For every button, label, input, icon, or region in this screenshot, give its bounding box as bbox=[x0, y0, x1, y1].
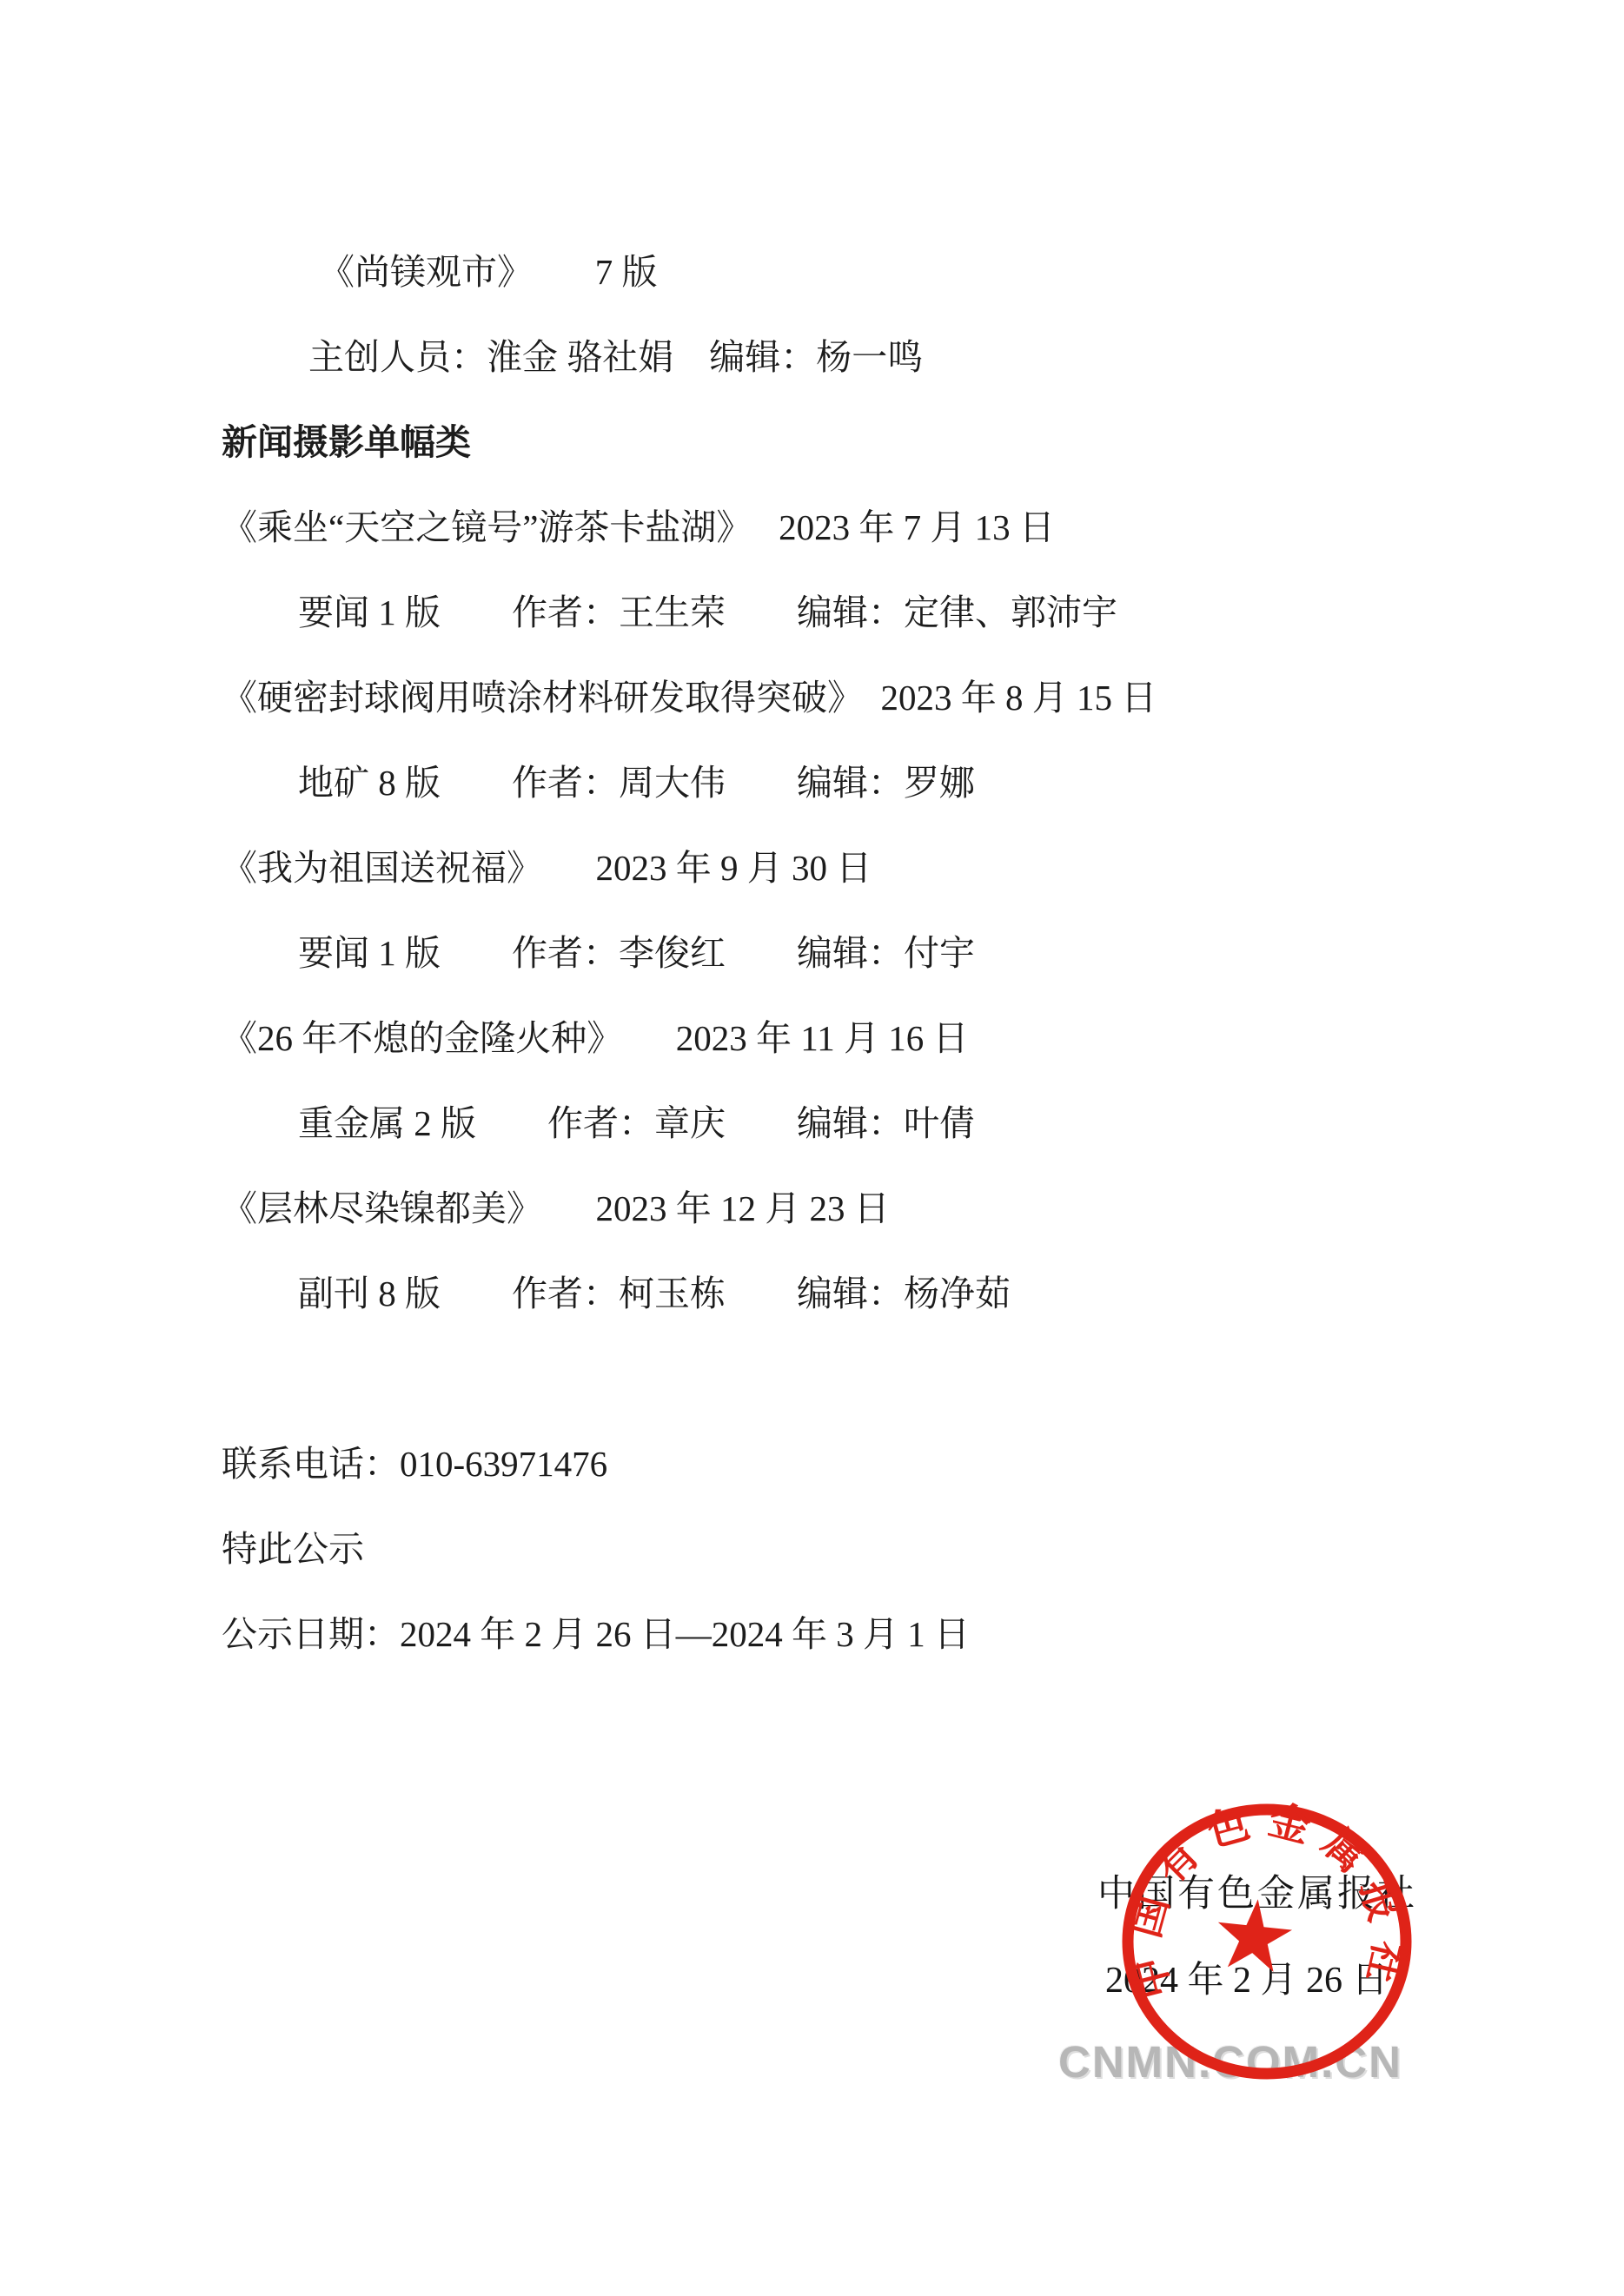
entry-title: 《26 年不熄的金隆火种》 2023 年 11 月 16 日 bbox=[222, 996, 1455, 1081]
category-heading: 新闻摄影单幅类 bbox=[222, 400, 1455, 485]
entry-detail: 要闻 1 版 作者：王生荣 编辑：定律、郭沛宇 bbox=[222, 570, 1455, 655]
entry-detail: 重金属 2 版 作者：章庆 编辑：叶倩 bbox=[222, 1081, 1455, 1166]
entry-detail: 要闻 1 版 作者：李俊红 编辑：付宇 bbox=[222, 910, 1455, 996]
entry-title: 《我为祖国送祝福》 2023 年 9 月 30 日 bbox=[222, 825, 1455, 910]
notice-document-page: 《尚镁观市》 7 版 主创人员：淮金 骆社娟 编辑：杨一鸣 新闻摄影单幅类 《乘… bbox=[0, 0, 1624, 2296]
entry-detail: 地矿 8 版 作者：周大伟 编辑：罗娜 bbox=[222, 740, 1455, 825]
award-title-line: 《尚镁观市》 7 版 bbox=[222, 229, 1455, 314]
notice-period: 公示日期：2024 年 2 月 26 日—2024 年 3 月 1 日 bbox=[222, 1591, 1455, 1677]
entry-title: 《层林尽染镍都美》 2023 年 12 月 23 日 bbox=[222, 1166, 1455, 1251]
contact-phone: 联系电话：010-63971476 bbox=[222, 1421, 1455, 1506]
notice-closing: 特此公示 bbox=[222, 1506, 1455, 1591]
notice-body: 《尚镁观市》 7 版 主创人员：淮金 骆社娟 编辑：杨一鸣 新闻摄影单幅类 《乘… bbox=[222, 229, 1455, 1677]
credits-line: 主创人员：淮金 骆社娟 编辑：杨一鸣 bbox=[222, 314, 1455, 400]
entry-title: 《乘坐“天空之镜号”游茶卡盐湖》 2023 年 7 月 13 日 bbox=[222, 485, 1455, 570]
seal-arc-text: 中国有色金属报社 bbox=[1123, 1797, 1411, 2002]
seal-star-icon bbox=[1214, 1896, 1296, 1974]
entry-title: 《硬密封球阀用喷涂材料研发取得突破》 2023 年 8 月 15 日 bbox=[222, 655, 1455, 740]
entry-detail: 副刊 8 版 作者：柯玉栋 编辑：杨净茹 bbox=[222, 1251, 1455, 1336]
official-seal-stamp: 中国有色金属报社 bbox=[1110, 1794, 1423, 2089]
